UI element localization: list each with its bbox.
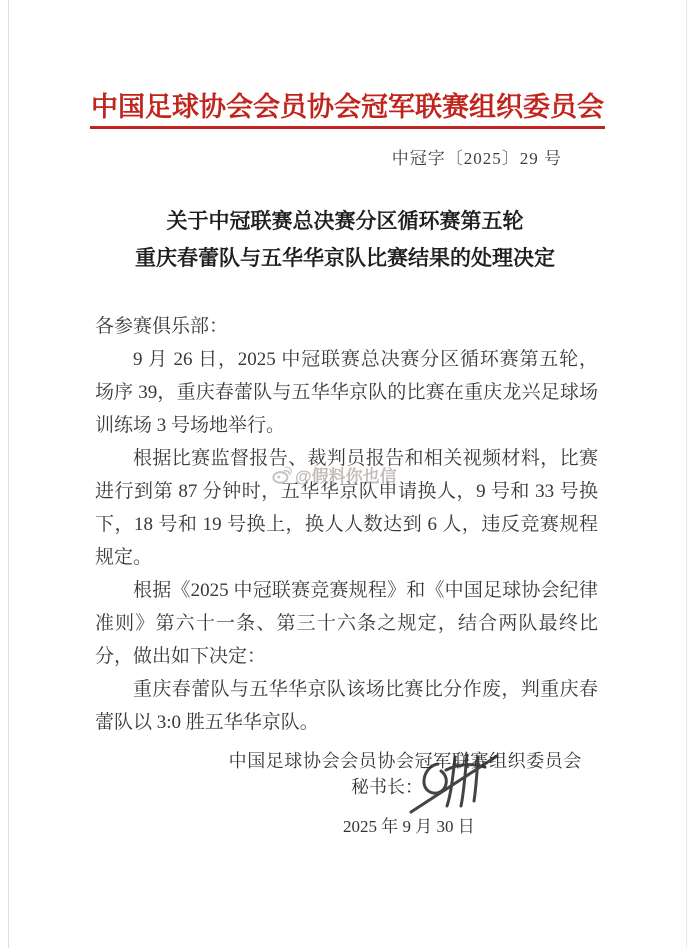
document-title-line1: 关于中冠联赛总决赛分区循环赛第五轮 [45, 203, 645, 240]
issuing-authority-header: 中国足球协会会员协会冠军联赛组织委员会 [90, 90, 605, 129]
paragraph-match-info: 9 月 26 日，2025 中冠联赛总决赛分区循环赛第五轮，场序 39，重庆春蕾… [95, 343, 598, 442]
page-edge-left [8, 0, 9, 948]
paragraph-rules-basis: 根据《2025 中冠联赛竞赛规程》和《中国足球协会纪律准则》第六十一条、第三十六… [95, 574, 598, 673]
handwritten-signature [408, 748, 500, 818]
signature-date: 2025 年 9 月 30 日 [343, 812, 475, 837]
paragraph-decision: 重庆春蕾队与五华华京队该场比赛比分作废，判重庆春蕾队以 3:0 胜五华华京队。 [95, 673, 598, 739]
document-page: 中国足球协会会员协会冠军联赛组织委员会 中冠字〔2025〕29 号 关于中冠联赛… [0, 0, 690, 948]
document-body: 各参赛俱乐部： 9 月 26 日，2025 中冠联赛总决赛分区循环赛第五轮，场序… [95, 310, 598, 739]
paragraph-violation: 根据比赛监督报告、裁判员报告和相关视频材料，比赛进行到第 87 分钟时，五华华京… [95, 442, 598, 574]
document-number: 中冠字〔2025〕29 号 [392, 144, 562, 169]
salutation: 各参赛俱乐部： [95, 310, 598, 343]
signature-org: 中国足球协会会员协会冠军联赛组织委员会 [229, 747, 582, 773]
document-title: 关于中冠联赛总决赛分区循环赛第五轮 重庆春蕾队与五华华京队比赛结果的处理决定 [45, 203, 645, 277]
page-edge-right [686, 0, 687, 948]
document-title-line2: 重庆春蕾队与五华华京队比赛结果的处理决定 [45, 240, 645, 277]
